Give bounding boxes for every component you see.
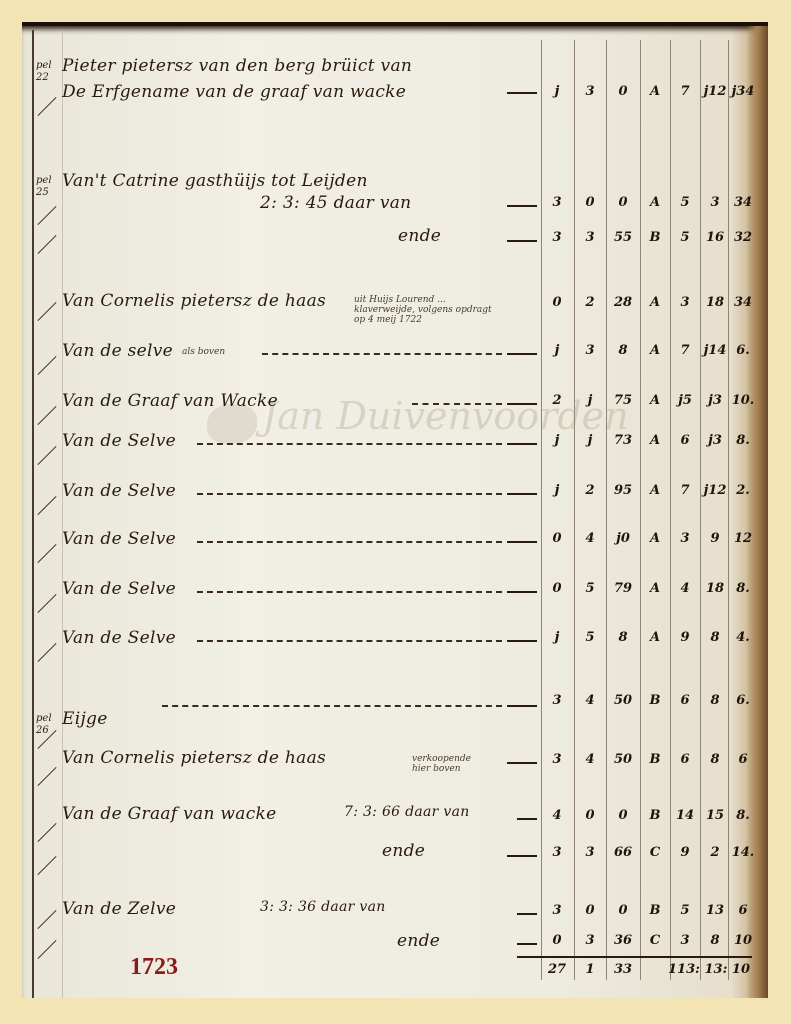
leader-line [507, 640, 537, 642]
entry-description: Van de Selve [62, 579, 176, 599]
value-cell: 0 [608, 195, 638, 210]
value-cell: j12 [700, 483, 730, 498]
check-mark [37, 446, 56, 465]
value-cell: 16 [700, 230, 730, 245]
value-cell: 3 [575, 845, 605, 860]
entry-description: Van de Graaf van wacke [62, 804, 277, 824]
value-cell: 0 [608, 808, 638, 823]
value-cell: A [640, 343, 670, 358]
entry-description-line2: De Erfgename van de graaf van wacke [62, 82, 406, 102]
ledger-entry: Van de Selve j j 73 A 6 j3 8. [22, 431, 768, 461]
value-cell: 8 [608, 630, 638, 645]
ledger-entry: Van de Selve j 2 95 A 7 j12 2. [22, 481, 768, 511]
value-cell: 50 [608, 693, 638, 708]
value-cell: C [640, 933, 670, 948]
entry-description: ende [397, 931, 440, 951]
value-cell: C [640, 845, 670, 860]
value-cell: j3 [700, 393, 730, 408]
value-cell: 95 [608, 483, 638, 498]
value-cell: 32 [728, 230, 758, 245]
ledger-entry: ende 3 3 55 B 5 16 32 [22, 226, 768, 256]
value-cell: 3 [542, 903, 572, 918]
dashed-leader [197, 541, 502, 543]
check-mark [37, 206, 56, 225]
value-cell: 9 [700, 531, 730, 546]
ledger-entry: Van de Zelve 3: 3: 36 daar van 3 0 0 B 5… [22, 899, 768, 929]
leader-line [507, 705, 537, 707]
entry-description-line2: 3: 3: 36 daar van [260, 899, 386, 915]
ledger-entry: Eijge pel 26 3 4 50 B 6 8 6. [22, 691, 768, 721]
leader-line [507, 493, 537, 495]
value-cell: 2. [728, 483, 758, 498]
value-cell: 2 [700, 845, 730, 860]
value-cell: 6 [670, 752, 700, 767]
dashed-leader [412, 403, 502, 405]
value-cell: B [640, 903, 670, 918]
leader-line [507, 591, 537, 593]
value-cell: 75 [608, 393, 638, 408]
value-cell: 0 [608, 903, 638, 918]
value-cell: 8. [728, 433, 758, 448]
leader-line [507, 403, 537, 405]
value-cell: 8 [700, 752, 730, 767]
value-cell: 14 [670, 808, 700, 823]
value-cell: 3 [542, 845, 572, 860]
check-mark [37, 235, 56, 254]
ledger-entry: Van de Selve 0 4 j0 A 3 9 12 [22, 529, 768, 559]
check-mark [37, 544, 56, 563]
total-cell-sum: 113: 13: 10 [664, 962, 754, 977]
value-cell: B [640, 808, 670, 823]
entry-description: Van de Selve [62, 431, 176, 451]
entry-description: Van't Catrine gasthüijs tot Leijden [62, 171, 368, 191]
total-rule [517, 956, 752, 958]
value-cell: j5 [670, 393, 700, 408]
value-cell: 18 [700, 295, 730, 310]
leader-line [517, 913, 537, 915]
value-cell: 7 [670, 343, 700, 358]
value-cell: 3 [575, 230, 605, 245]
value-cell: 0 [575, 808, 605, 823]
value-cell: A [640, 483, 670, 498]
value-cell: j3 [700, 433, 730, 448]
value-cell: 3 [670, 295, 700, 310]
value-cell: 3 [670, 531, 700, 546]
value-cell: 3 [542, 230, 572, 245]
ledger-entry: Van de Selve j 5 8 A 9 8 4. [22, 628, 768, 658]
entry-description: Van Cornelis pietersz de haas [62, 291, 326, 311]
value-cell: 79 [608, 581, 638, 596]
entry-description: Van de Zelve [62, 899, 176, 919]
value-cell: 34 [728, 295, 758, 310]
value-cell: j [575, 393, 605, 408]
check-mark [37, 643, 56, 662]
dashed-leader [197, 640, 502, 642]
ledger-entry: Van Cornelis pietersz de haas verkoopend… [22, 748, 768, 778]
value-cell: 4 [575, 693, 605, 708]
leader-line [507, 855, 537, 857]
ledger-entry: Van de Selve 0 5 79 A 4 18 8. [22, 579, 768, 609]
value-cell: 8. [728, 581, 758, 596]
value-cell: A [640, 433, 670, 448]
ledger-entry: Van Cornelis pietersz de haas uit Huijs … [22, 291, 768, 321]
leader-line [507, 443, 537, 445]
leader-line [507, 353, 537, 355]
value-cell: 0 [542, 933, 572, 948]
value-cell: 55 [608, 230, 638, 245]
value-cell: 0 [608, 84, 638, 99]
value-cell: j0 [608, 531, 638, 546]
value-cell: 5 [670, 195, 700, 210]
entry-description: ende [398, 226, 441, 246]
leader-line [507, 92, 537, 94]
value-cell: 10. [728, 393, 758, 408]
entry-reference: pel 25 [36, 175, 62, 199]
dashed-leader [197, 443, 502, 445]
value-cell: 3 [575, 933, 605, 948]
leader-line [507, 240, 537, 242]
value-cell: 3 [700, 195, 730, 210]
value-cell: 3 [575, 84, 605, 99]
check-mark [37, 856, 56, 875]
value-cell: 7 [670, 483, 700, 498]
value-cell: j [542, 483, 572, 498]
year-label: 1723 [130, 954, 178, 981]
check-mark [37, 496, 56, 515]
entry-description-line2: 2: 3: 45 daar van [260, 193, 411, 213]
value-cell: j12 [700, 84, 730, 99]
value-cell: 0 [542, 531, 572, 546]
check-mark [37, 406, 56, 425]
entry-description: Eijge [62, 709, 108, 729]
value-cell: B [640, 693, 670, 708]
value-cell: 0 [575, 195, 605, 210]
ledger-entry: Van de Graaf van Wacke 2 j 75 A j5 j3 10… [22, 391, 768, 421]
ledger-entry: Van de Graaf van wacke 7: 3: 66 daar van… [22, 804, 768, 834]
value-cell: 13 [700, 903, 730, 918]
value-cell: 73 [608, 433, 638, 448]
value-cell: 0 [575, 903, 605, 918]
dashed-leader [197, 591, 502, 593]
value-cell: 7 [670, 84, 700, 99]
entry-reference: pel 22 [36, 60, 62, 84]
value-cell: 3 [542, 195, 572, 210]
value-cell: 6 [728, 903, 758, 918]
entry-description: Van Cornelis pietersz de haas [62, 748, 326, 768]
value-cell: 28 [608, 295, 638, 310]
dashed-leader [262, 353, 502, 355]
leader-line [507, 762, 537, 764]
value-cell: 2 [542, 393, 572, 408]
entry-description: Van de Selve [62, 529, 176, 549]
leader-line [517, 818, 537, 820]
value-cell: j [575, 433, 605, 448]
entry-note: verkoopende hier boven [412, 754, 492, 774]
value-cell: 5 [575, 630, 605, 645]
value-cell: 8 [700, 630, 730, 645]
value-cell: 4 [575, 752, 605, 767]
value-cell: 3 [575, 343, 605, 358]
value-cell: 5 [670, 903, 700, 918]
total-cell: 1 [575, 962, 605, 977]
value-cell: 4 [542, 808, 572, 823]
value-cell: 6. [728, 343, 758, 358]
leader-line [507, 541, 537, 543]
value-cell: 36 [608, 933, 638, 948]
check-mark [37, 302, 56, 321]
value-cell: 12 [728, 531, 758, 546]
value-cell: 6 [670, 433, 700, 448]
value-cell: 18 [700, 581, 730, 596]
entry-description: Van de selve [62, 341, 173, 361]
dashed-leader [197, 493, 502, 495]
value-cell: 6 [670, 693, 700, 708]
check-mark [37, 767, 56, 786]
value-cell: 14. [728, 845, 758, 860]
value-cell: B [640, 752, 670, 767]
value-cell: A [640, 295, 670, 310]
ledger-entry: pel 22 Pieter pietersz van den berg brüi… [22, 56, 768, 86]
value-cell: 34 [728, 195, 758, 210]
entry-note: uit Huijs Lourend ... klaverweijde, volg… [354, 295, 504, 325]
total-cell: 27 [542, 962, 572, 977]
value-cell: A [640, 393, 670, 408]
value-cell: A [640, 195, 670, 210]
entry-description: Van de Selve [62, 628, 176, 648]
value-cell: A [640, 531, 670, 546]
value-cell: 9 [670, 630, 700, 645]
value-cell: 6. [728, 693, 758, 708]
entry-note: als boven [182, 347, 225, 357]
entry-description: Pieter pietersz van den berg brüict van [62, 56, 412, 76]
value-cell: 6 [728, 752, 758, 767]
value-cell: 5 [670, 230, 700, 245]
value-cell: 8 [700, 933, 730, 948]
entry-description-line2: 7: 3: 66 daar van [344, 804, 470, 820]
value-cell: 8. [728, 808, 758, 823]
check-mark [37, 97, 56, 116]
ledger-entry: Van de selve als boven j 3 8 A 7 j14 6. [22, 341, 768, 371]
ledger-entry: ende 3 3 66 C 9 2 14. [22, 841, 768, 871]
check-mark [37, 594, 56, 613]
value-cell: j14 [700, 343, 730, 358]
value-cell: 66 [608, 845, 638, 860]
entry-description: Van de Selve [62, 481, 176, 501]
entry-description: ende [382, 841, 425, 861]
dashed-leader [162, 705, 502, 707]
value-cell: 2 [575, 483, 605, 498]
check-mark [37, 910, 56, 929]
value-cell: 3 [542, 752, 572, 767]
value-cell: 5 [575, 581, 605, 596]
value-cell: 3 [542, 693, 572, 708]
value-cell: 10 [728, 933, 758, 948]
value-cell: 0 [542, 295, 572, 310]
value-cell: A [640, 630, 670, 645]
value-cell: j [542, 84, 572, 99]
value-cell: 2 [575, 295, 605, 310]
value-cell: 50 [608, 752, 638, 767]
ledger-entry: pel 25 Van't Catrine gasthüijs tot Leijd… [22, 171, 768, 201]
check-mark [37, 823, 56, 842]
value-cell: j34 [728, 84, 758, 99]
value-cell: A [640, 84, 670, 99]
value-cell: 8 [608, 343, 638, 358]
value-cell: 8 [700, 693, 730, 708]
value-cell: j [542, 630, 572, 645]
value-cell: A [640, 581, 670, 596]
value-cell: 4 [670, 581, 700, 596]
check-mark [37, 356, 56, 375]
entry-reference: pel 26 [36, 713, 62, 737]
value-cell: 15 [700, 808, 730, 823]
value-cell: 9 [670, 845, 700, 860]
entry-description: Van de Graaf van Wacke [62, 391, 278, 411]
ledger-page: Jan Duivenvoorden pel 22 Pieter pietersz… [22, 22, 768, 998]
value-cell: 4. [728, 630, 758, 645]
total-cell: 33 [608, 962, 638, 977]
value-cell: j [542, 433, 572, 448]
value-cell: j [542, 343, 572, 358]
check-mark [37, 940, 56, 959]
value-cell: 0 [542, 581, 572, 596]
leader-line [517, 943, 537, 945]
value-cell: 3 [670, 933, 700, 948]
leader-line [507, 205, 537, 207]
value-cell: 4 [575, 531, 605, 546]
value-cell: B [640, 230, 670, 245]
